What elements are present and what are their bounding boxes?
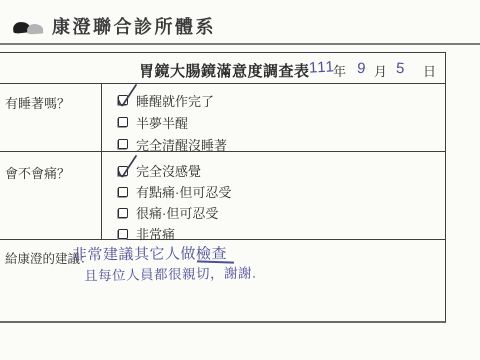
option-label: 有點痛·但可忍受	[136, 182, 231, 201]
option-label: 半夢半醒	[136, 113, 188, 132]
option-label: 很痛·但可忍受	[136, 203, 218, 222]
option-woke-up-done: 睡醒就作完了	[118, 89, 445, 111]
checkbox-woke-up-done[interactable]	[118, 95, 128, 105]
option-label: 完全清醒沒睡著	[136, 135, 227, 154]
date-month-value[interactable]: 9	[356, 60, 366, 78]
clinic-logo-icon	[13, 17, 45, 36]
logo-leaf-light	[27, 23, 44, 34]
checkbox-slight-pain[interactable]	[118, 187, 128, 197]
checkmark-icon	[116, 152, 140, 180]
date-day-label: 日	[423, 61, 436, 80]
date-day-value[interactable]: 5	[395, 60, 405, 78]
date-month-label: 月	[374, 61, 387, 80]
suggestion-row: 給康澄的建議： 非常建議其它人做檢查 且每位人員都很親切，謝謝.	[0, 240, 445, 321]
option-slight-pain: 有點痛·但可忍受	[118, 181, 445, 202]
option-no-feeling: 完全沒感覺	[118, 160, 445, 181]
answers-pain: 完全沒感覺 有點痛·但可忍受 很痛·但可忍受	[102, 152, 445, 239]
checkbox-very-painful[interactable]	[118, 208, 128, 218]
question-row-sleep: 有睡著嗎？ 睡醒就作完了 半夢半醒	[0, 84, 445, 152]
checkbox-extremely-painful[interactable]	[118, 229, 128, 239]
form-title: 胃鏡大腸鏡滿意度調查表	[139, 60, 310, 81]
checkmark-icon	[116, 81, 140, 109]
option-label: 完全沒感覺	[136, 161, 201, 180]
header-divider	[0, 43, 480, 45]
question-label-pain: 會不會痛？	[0, 152, 102, 239]
option-label: 睡醒就作完了	[136, 91, 214, 110]
checkbox-no-feeling[interactable]	[118, 166, 128, 176]
title-row: 胃鏡大腸鏡滿意度調查表 111 年 9 月 5 日	[0, 53, 445, 84]
checkbox-fully-awake[interactable]	[118, 139, 128, 149]
date-year-label: 年	[333, 61, 346, 80]
answers-sleep: 睡醒就作完了 半夢半醒 完全清醒沒睡著	[102, 84, 445, 151]
option-half-awake: 半夢半醒	[118, 111, 445, 133]
handwritten-suggestion-line2[interactable]: 且每位人員都很親切，謝謝.	[84, 261, 257, 284]
question-row-pain: 會不會痛？ 完全沒感覺 有點痛·但可忍受	[0, 152, 445, 240]
scanned-survey-page: 康澄聯合診所體系 胃鏡大腸鏡滿意度調查表 111 年 9 月 5 日 有睡著嗎？…	[0, 0, 480, 360]
question-label-sleep: 有睡著嗎？	[0, 84, 102, 151]
option-very-painful: 很痛·但可忍受	[118, 202, 445, 223]
survey-table: 胃鏡大腸鏡滿意度調查表 111 年 9 月 5 日 有睡著嗎？ 睡醒就作完了	[0, 52, 446, 323]
checkbox-half-awake[interactable]	[118, 117, 128, 127]
date-year-value[interactable]: 111	[309, 58, 336, 76]
clinic-header: 康澄聯合診所體系	[13, 13, 216, 39]
clinic-name: 康澄聯合診所體系	[52, 13, 216, 39]
